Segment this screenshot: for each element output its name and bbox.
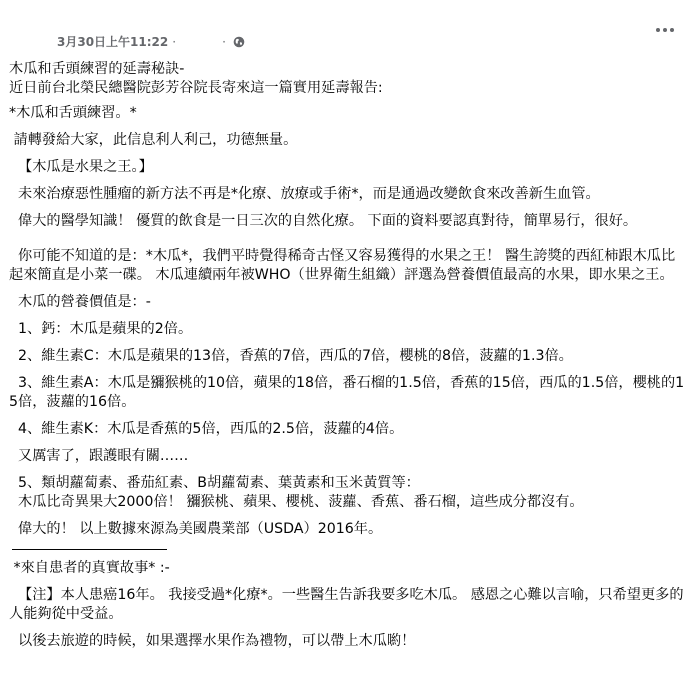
post-timestamp-link[interactable]: 3月30日上午11:22 bbox=[57, 33, 168, 50]
title-line: 木瓜和舌頭練習的延壽秘訣- bbox=[9, 60, 689, 79]
list-item-line: 木瓜比奇異果大2000倍！ 獼猴桃、蘋果、櫻桃、菠蘿、香蕉、番石榴，這些成分都沒… bbox=[9, 493, 689, 512]
paragraph: 請轉發給大家，此信息利人利己，功德無量。 bbox=[9, 131, 689, 150]
globe-icon[interactable] bbox=[233, 36, 245, 48]
divider-line bbox=[12, 549, 167, 550]
paragraph: 你可能不知道的是：*木瓜*，我們平時覺得稀奇古怪又容易獲得的水果之王！ 醫生誇獎… bbox=[9, 247, 689, 285]
paragraph: 以後去旅遊的時候，如果選擇水果作為禮物，可以帶上木瓜喲！ bbox=[9, 632, 689, 651]
paragraph: *木瓜和舌頭練習。* bbox=[9, 104, 689, 123]
paragraph: 【注】本人患癌16年。 我接受過*化療*。一些醫生告訴我要多吃木瓜。 感恩之心難… bbox=[9, 586, 689, 624]
post-title: 木瓜和舌頭練習的延壽秘訣- 近日前台北榮民總醫院彭芳谷院長寄來這一篇實用延壽報告… bbox=[9, 60, 689, 98]
title-line: 近日前台北榮民總醫院彭芳谷院長寄來這一篇實用延壽報告: bbox=[9, 79, 689, 98]
dot bbox=[656, 28, 660, 32]
more-options-icon[interactable] bbox=[653, 20, 677, 40]
dot bbox=[670, 28, 674, 32]
list-item: 4、維生素K：木瓜是香蕉的5倍，西瓜的2.5倍，菠蘿的4倍。 bbox=[9, 420, 689, 439]
paragraph: 未來治療惡性腫瘤的新方法不再是*化療、放療或手術*，而是通過改變飲食來改善新生血… bbox=[9, 185, 689, 204]
dot bbox=[663, 28, 667, 32]
paragraph: 偉大的！ 以上數據來源為美國農業部（USDA）2016年。 bbox=[9, 520, 689, 539]
list-item: 2、維生素C：木瓜是蘋果的13倍，香蕉的7倍，西瓜的7倍，櫻桃的8倍，菠蘿的1.… bbox=[9, 347, 689, 366]
list-item: 5、類胡蘿蔔素、番茄紅素、B胡蘿蔔素、葉黃素和玉米黃質等： 木瓜比奇異果大200… bbox=[9, 474, 689, 512]
post-body: 木瓜和舌頭練習的延壽秘訣- 近日前台北榮民總醫院彭芳谷院長寄來這一篇實用延壽報告… bbox=[9, 60, 689, 651]
list-item: 1、鈣：木瓜是蘋果的2倍。 bbox=[9, 320, 689, 339]
list-item-line: 5、類胡蘿蔔素、番茄紅素、B胡蘿蔔素、葉黃素和玉米黃質等： bbox=[9, 474, 689, 493]
section-heading: 【木瓜是水果之王。】 bbox=[9, 158, 689, 177]
post-header: 3月30日上午11:22 · · bbox=[0, 0, 695, 56]
paragraph: 又厲害了，跟護眼有關…… bbox=[9, 447, 689, 466]
post-meta: 3月30日上午11:22 · · bbox=[57, 33, 245, 50]
separator-dot: · bbox=[172, 35, 176, 49]
paragraph: 偉大的醫學知識！ 優質的飲食是一日三次的自然化療。 下面的資料要認真對待，簡單易… bbox=[9, 212, 689, 231]
section-heading: *來自患者的真實故事* :- bbox=[9, 559, 689, 578]
separator-dot: · bbox=[222, 35, 226, 49]
list-item: 3、維生素A：木瓜是獼猴桃的10倍，蘋果的18倍，番石榴的1.5倍，香蕉的15倍… bbox=[9, 374, 689, 412]
paragraph: 木瓜的營養價值是：- bbox=[9, 293, 689, 312]
